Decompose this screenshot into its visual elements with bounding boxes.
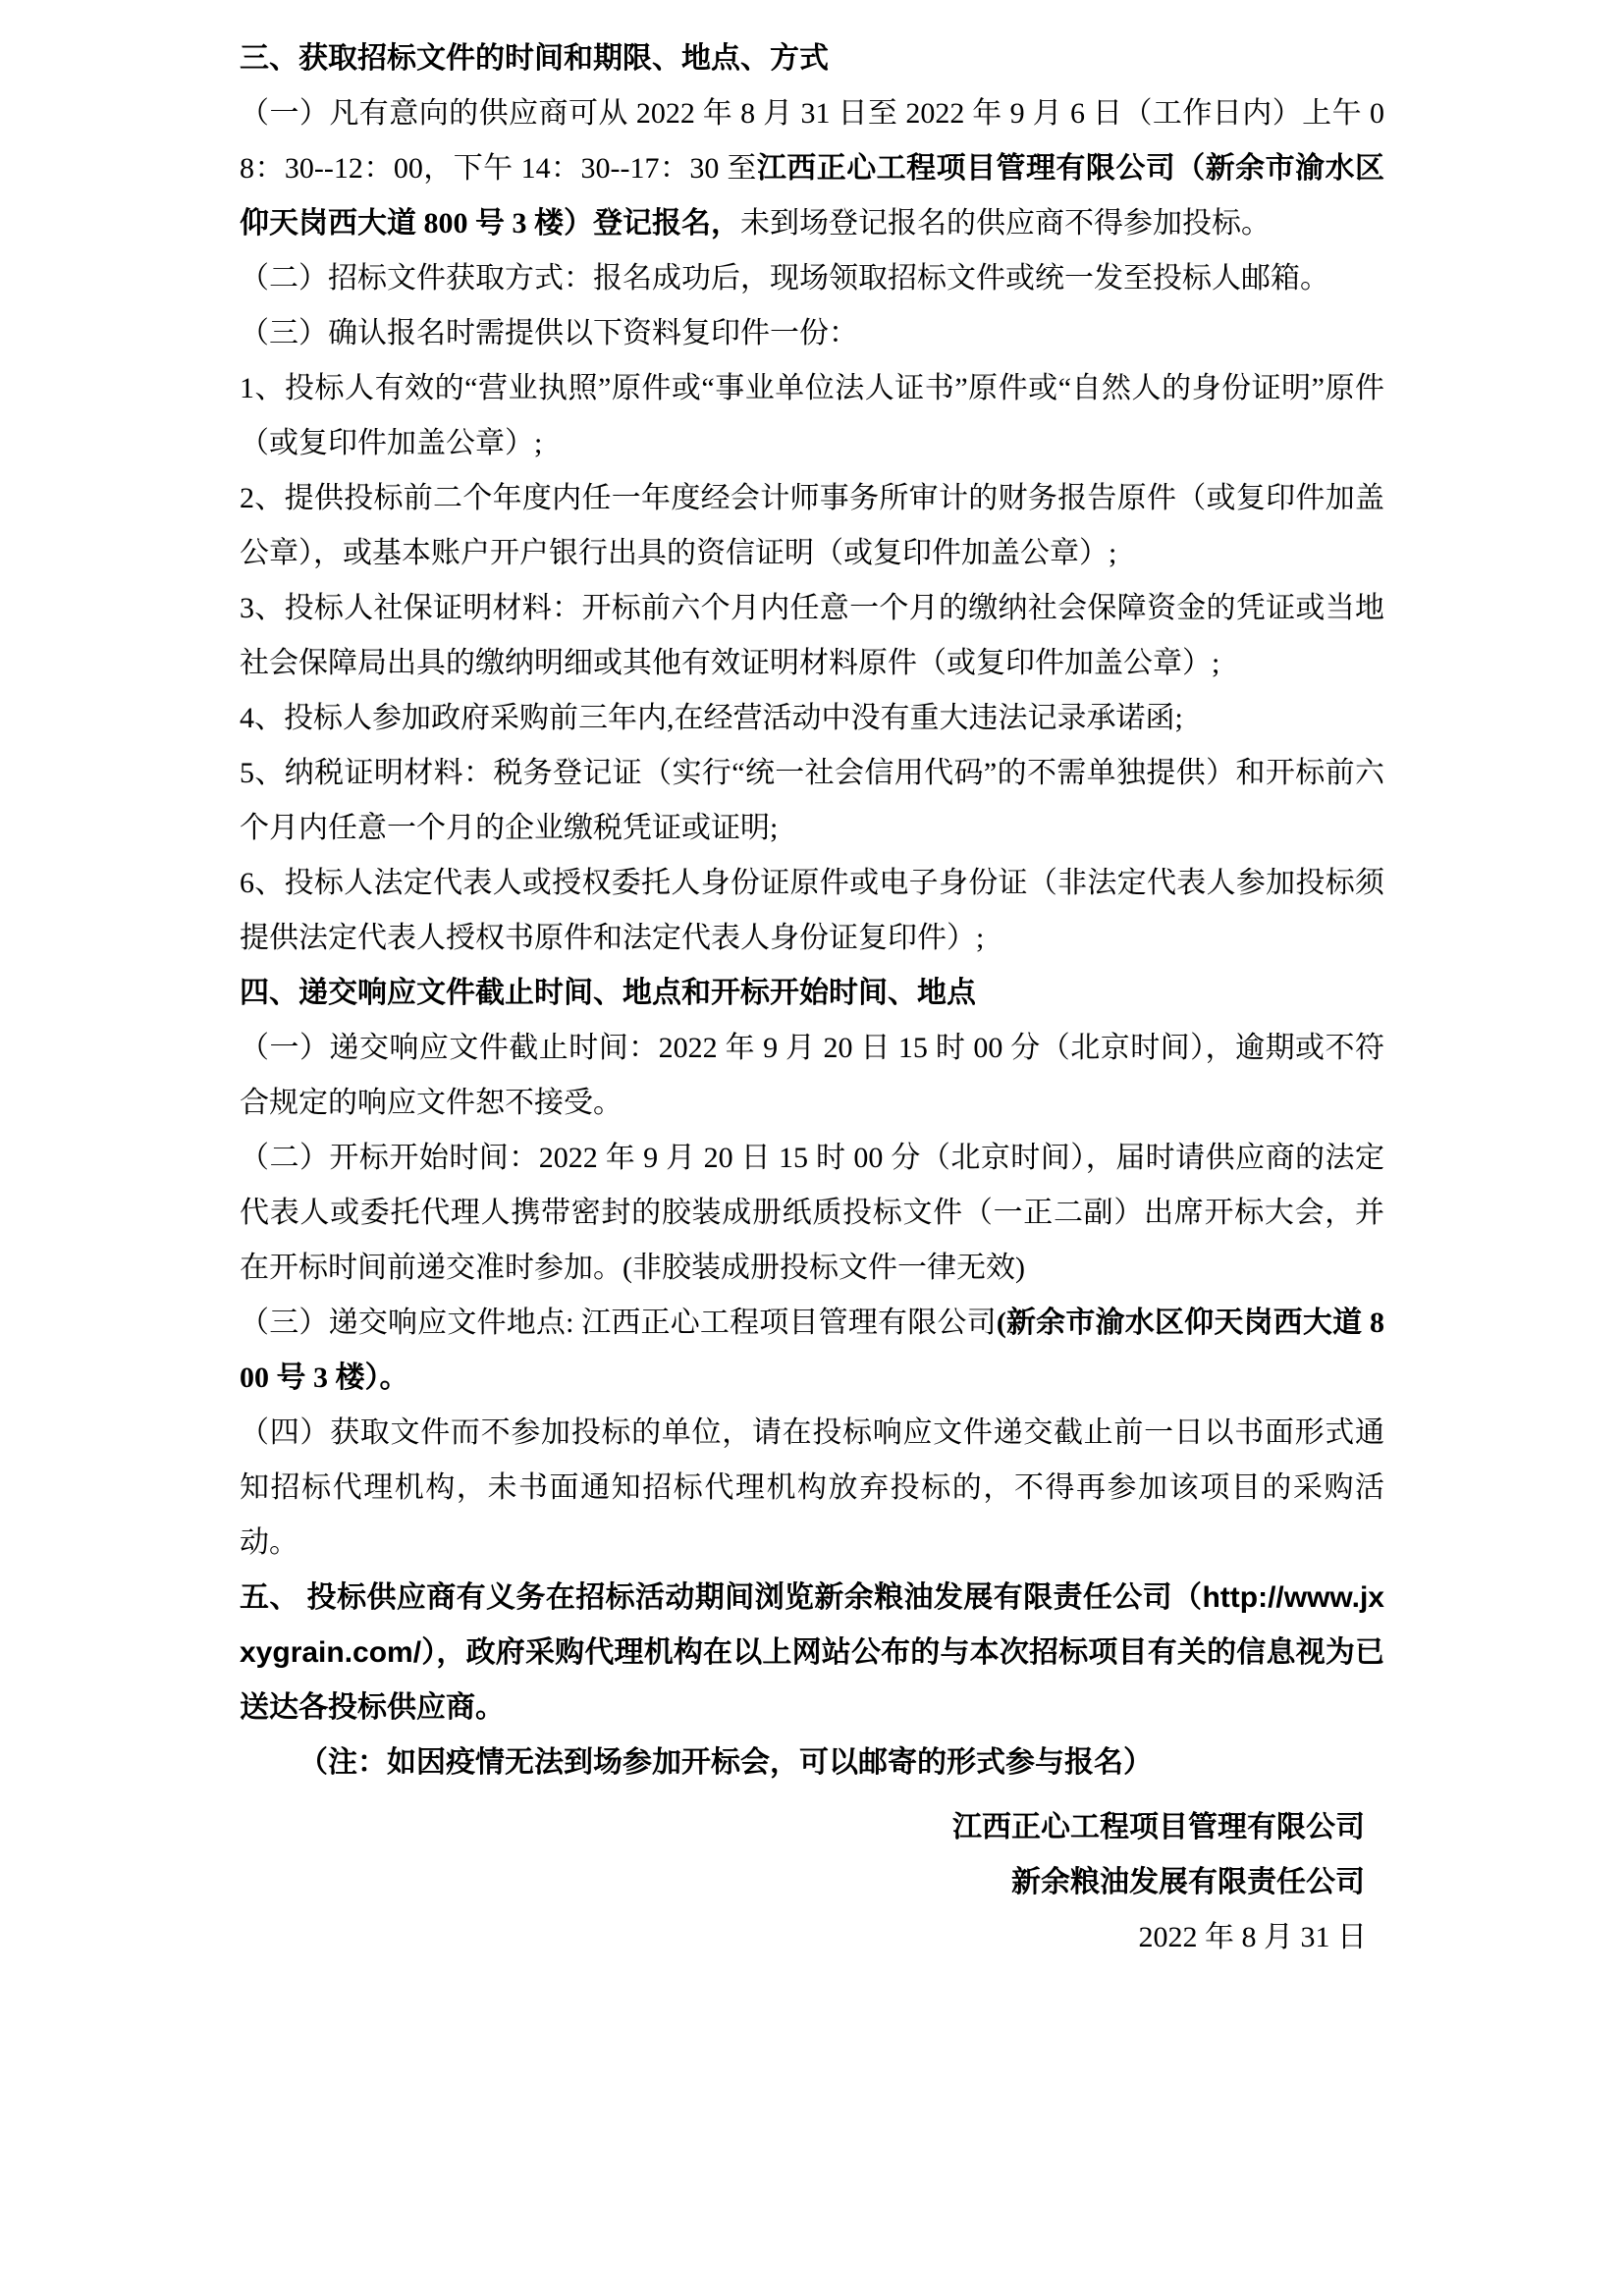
section3-paragraph-1: （一）凡有意向的供应商可从 2022 年 8 月 31 日至 2022 年 9 … bbox=[240, 86, 1384, 251]
signature-agency: 江西正心工程项目管理有限公司 bbox=[240, 1800, 1365, 1855]
signature-owner: 新余粮油发展有限责任公司 bbox=[240, 1855, 1365, 1910]
text-run: （三）递交响应文件地点: 江西正心工程项目管理有限公司 bbox=[240, 1307, 997, 1339]
section4-paragraph-1: （一）递交响应文件截止时间：2022 年 9 月 20 日 15 时 00 分（… bbox=[240, 1021, 1384, 1131]
text-run: 五、 投标供应商有义务在招标活动期间浏览新余粮油发展有限责任公司（ bbox=[240, 1581, 1202, 1614]
covid-note: （注：如因疫情无法到场参加开标会，可以邮寄的形式参与报名） bbox=[240, 1735, 1384, 1790]
section4-heading: 四、递交响应文件截止时间、地点和开标开始时间、地点 bbox=[240, 966, 1384, 1021]
requirement-item-3: 3、投标人社保证明材料：开标前六个月内任意一个月的缴纳社会保障资金的凭证或当地社… bbox=[240, 581, 1384, 691]
signature-block: 江西正心工程项目管理有限公司 新余粮油发展有限责任公司 2022 年 8 月 3… bbox=[240, 1800, 1384, 1965]
section3-heading: 三、获取招标文件的时间和期限、地点、方式 bbox=[240, 31, 1384, 86]
section3-paragraph-2: （二）招标文件获取方式：报名成功后，现场领取招标文件或统一发至投标人邮箱。 bbox=[240, 251, 1384, 306]
document-content: 三、获取招标文件的时间和期限、地点、方式 （一）凡有意向的供应商可从 2022 … bbox=[0, 0, 1624, 1965]
signature-date: 2022 年 8 月 31 日 bbox=[240, 1910, 1367, 1965]
requirement-item-1: 1、投标人有效的“营业执照”原件或“事业单位法人证书”原件或“自然人的身份证明”… bbox=[240, 361, 1384, 471]
requirement-item-5: 5、纳税证明材料：税务登记证（实行“统一社会信用代码”的不需单独提供）和开标前六… bbox=[240, 746, 1384, 856]
section3-paragraph-3: （三）确认报名时需提供以下资料复印件一份： bbox=[240, 306, 1384, 361]
section4-paragraph-4: （四）获取文件而不参加投标的单位，请在投标响应文件递交截止前一日以书面形式通知招… bbox=[240, 1406, 1384, 1571]
requirement-item-2: 2、提供投标前二个年度内任一年度经会计师事务所审计的财务报告原件（或复印件加盖公… bbox=[240, 471, 1384, 581]
text-run: 未到场登记报名的供应商不得参加投标。 bbox=[740, 207, 1271, 240]
requirement-item-6: 6、投标人法定代表人或授权委托人身份证原件或电子身份证（非法定代表人参加投标须提… bbox=[240, 856, 1384, 966]
section4-paragraph-3: （三）递交响应文件地点: 江西正心工程项目管理有限公司(新余市渝水区仰天岗西大道… bbox=[240, 1296, 1384, 1406]
requirement-item-4: 4、投标人参加政府采购前三年内,在经营活动中没有重大违法记录承诺函; bbox=[240, 691, 1384, 746]
section5-heading: 五、 投标供应商有义务在招标活动期间浏览新余粮油发展有限责任公司（http://… bbox=[240, 1571, 1384, 1735]
section4-paragraph-2: （二）开标开始时间：2022 年 9 月 20 日 15 时 00 分（北京时间… bbox=[240, 1131, 1384, 1296]
document-page: 三、获取招标文件的时间和期限、地点、方式 （一）凡有意向的供应商可从 2022 … bbox=[0, 0, 1624, 2296]
